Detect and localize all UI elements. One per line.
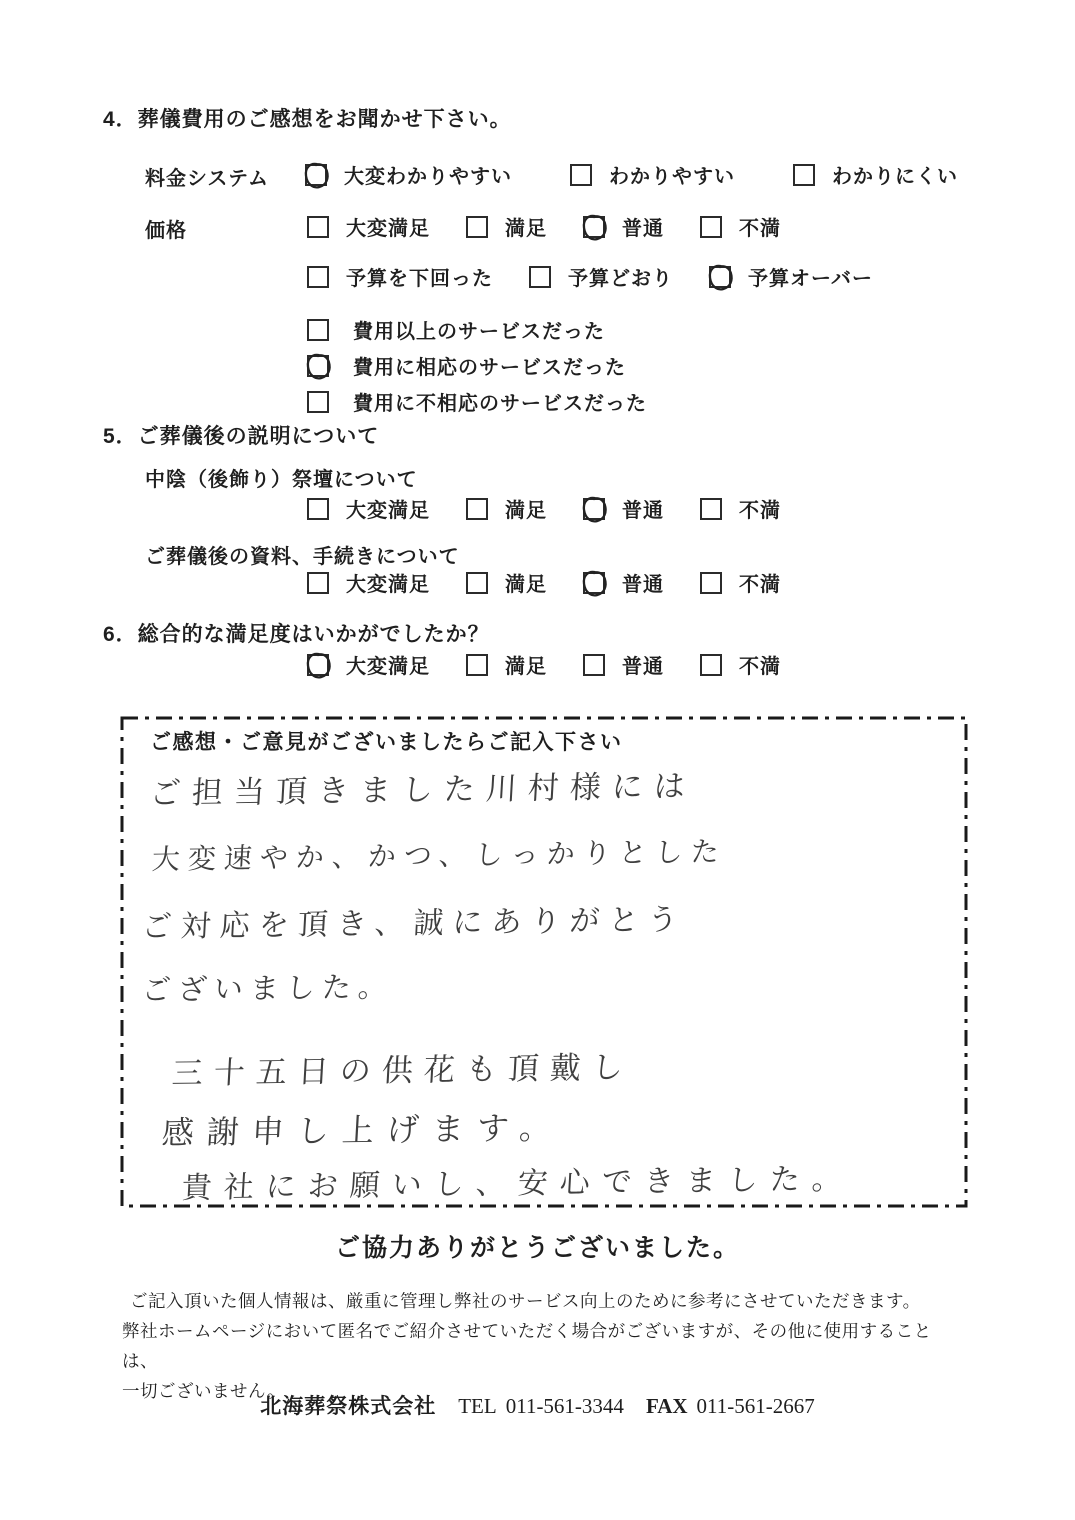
option-wakarinikui: わかりにくい — [793, 160, 958, 189]
handwritten-line: 三十五日の供花も頂戴し — [171, 1042, 635, 1093]
checkbox[interactable] — [700, 572, 722, 594]
checkbox[interactable] — [466, 572, 488, 594]
question4-title: 4．葬儀費用のご感想をお聞かせ下さい。 — [103, 103, 512, 133]
handwritten-circle-mark — [580, 212, 610, 244]
checkbox[interactable] — [583, 654, 605, 676]
company-name: 北海葬祭株式会社 — [260, 1390, 436, 1420]
checkbox[interactable] — [529, 266, 551, 288]
handwritten-circle-mark — [302, 160, 332, 192]
option-label: 費用に相応のサービスだった — [353, 351, 626, 380]
option-futsuu: 普通 — [583, 568, 664, 597]
handwritten-circle-mark — [304, 351, 334, 383]
option-label: 満足 — [505, 650, 547, 679]
option-label: 大変わかりやすい — [344, 160, 512, 189]
option-label: 満足 — [505, 494, 547, 523]
option-service-souou: 費用に相応のサービスだった — [307, 351, 647, 380]
option-label: 大変満足 — [346, 568, 430, 597]
option-yosan-shitamawatta: 予算を下回った — [307, 262, 493, 291]
option-label: 不満 — [739, 494, 781, 523]
price-label: 価格 — [145, 214, 187, 243]
option-label: 不満 — [739, 650, 781, 679]
option-label: 予算どおり — [568, 262, 673, 291]
option-futsuu: 普通 — [583, 212, 664, 241]
footer-contact: 北海葬祭株式会社 TEL 011-561-3344 FAX 011-561-26… — [0, 1390, 1075, 1420]
checkbox[interactable] — [700, 498, 722, 520]
checkbox[interactable] — [307, 572, 329, 594]
handwritten-circle-mark — [580, 494, 610, 526]
thank-you-line: ご協力ありがとうございました。 — [0, 1228, 1075, 1264]
fax-number: 011-561-2667 — [697, 1394, 815, 1419]
checkbox[interactable] — [793, 164, 815, 186]
checkbox[interactable] — [307, 216, 329, 238]
privacy-note: ご記入頂いた個人情報は、厳重に管理し弊社のサービス向上のために参考にさせていただ… — [122, 1286, 962, 1406]
option-label: 大変満足 — [346, 212, 430, 241]
option-label: わかりにくい — [832, 160, 958, 189]
option-fuman: 不満 — [700, 650, 781, 679]
option-label: 普通 — [622, 568, 664, 597]
option-daihen-manzoku: 大変満足 — [307, 494, 430, 523]
question5-title: 5．ご葬儀後の説明について — [103, 420, 379, 450]
docs-options: 大変満足 満足 普通 不満 — [307, 568, 817, 597]
checkbox[interactable] — [307, 355, 329, 377]
option-label: 大変満足 — [346, 650, 430, 679]
option-label: 満足 — [505, 212, 547, 241]
checkbox[interactable] — [583, 216, 605, 238]
checkbox[interactable] — [307, 319, 329, 341]
option-label: 予算を下回った — [346, 262, 493, 291]
tel-group: TEL 011-561-3344 — [458, 1394, 624, 1419]
checkbox[interactable] — [583, 572, 605, 594]
docs-label: ご葬儀後の資料、手続きについて — [145, 540, 460, 569]
option-label: 不満 — [739, 212, 781, 241]
comment-box-header: ご感想・ご意見がございましたらご記入下さい — [150, 726, 623, 756]
service-value-options: 費用以上のサービスだった 費用に相応のサービスだった 費用に不相応のサービスだっ… — [307, 315, 647, 423]
handwritten-line: ご対応を頂き、誠にありがとう — [141, 894, 688, 946]
scanned-survey-page: 4．葬儀費用のご感想をお聞かせ下さい。 料金システム 大変わかりやすい わかりや… — [0, 0, 1075, 1520]
checkbox[interactable] — [307, 391, 329, 413]
checkbox[interactable] — [307, 498, 329, 520]
option-daihen-manzoku: 大変満足 — [307, 650, 430, 679]
option-manzoku: 満足 — [466, 650, 547, 679]
checkbox[interactable] — [466, 216, 488, 238]
handwritten-line: 感謝申し上げます。 — [161, 1102, 566, 1154]
option-futsuu: 普通 — [583, 650, 664, 679]
option-service-fusouou: 費用に不相応のサービスだった — [307, 387, 647, 416]
fax-group: FAX 011-561-2667 — [646, 1394, 815, 1419]
handwritten-line: ございました。 — [141, 964, 395, 1009]
fee-system-label: 料金システム — [145, 162, 269, 191]
option-label: 費用以上のサービスだった — [353, 315, 605, 344]
price-options: 大変満足 満足 普通 不満 — [307, 212, 817, 241]
option-label: 満足 — [505, 568, 547, 597]
option-manzoku: 満足 — [466, 568, 547, 597]
option-yosan-doori: 予算どおり — [529, 262, 673, 291]
option-label: 不満 — [739, 568, 781, 597]
privacy-line: 弊社ホームページにおいて匿名でご紹介させていただく場合がございますが、その他に使… — [122, 1316, 962, 1376]
tel-label: TEL — [458, 1394, 496, 1419]
checkbox[interactable] — [570, 164, 592, 186]
option-label: 大変満足 — [346, 494, 430, 523]
option-fuman: 不満 — [700, 494, 781, 523]
checkbox[interactable] — [583, 498, 605, 520]
option-label: 普通 — [622, 212, 664, 241]
fax-label: FAX — [646, 1394, 688, 1419]
option-manzoku: 満足 — [466, 212, 547, 241]
checkbox[interactable] — [700, 216, 722, 238]
option-manzoku: 満足 — [466, 494, 547, 523]
checkbox[interactable] — [466, 654, 488, 676]
option-yosan-over: 予算オーバー — [709, 262, 873, 291]
budget-options: 予算を下回った 予算どおり 予算オーバー — [307, 262, 909, 291]
option-label: 費用に不相応のサービスだった — [353, 387, 647, 416]
checkbox[interactable] — [700, 654, 722, 676]
handwritten-line: 大変速やか、かつ、しっかりとした — [151, 830, 728, 878]
option-fuman: 不満 — [700, 568, 781, 597]
handwritten-circle-mark — [580, 568, 610, 600]
option-label: わかりやすい — [609, 160, 735, 189]
handwritten-line: 貴社にお願いし、安心できました。 — [181, 1154, 855, 1207]
altar-options: 大変満足 満足 普通 不満 — [307, 494, 817, 523]
option-daihen-manzoku: 大変満足 — [307, 568, 430, 597]
handwritten-circle-mark — [304, 650, 334, 682]
option-label: 予算オーバー — [748, 262, 873, 291]
altar-label: 中陰（後飾り）祭壇について — [145, 463, 418, 492]
option-wakariyasui: わかりやすい — [570, 160, 735, 189]
question6-title: 6．総合的な満足度はいかがでしたか？ — [103, 618, 490, 648]
tel-number: 011-561-3344 — [506, 1394, 624, 1419]
option-daihen-manzoku: 大変満足 — [307, 212, 430, 241]
overall-options: 大変満足 満足 普通 不満 — [307, 650, 817, 679]
option-service-ijou: 費用以上のサービスだった — [307, 315, 647, 344]
checkbox[interactable] — [709, 266, 731, 288]
option-label: 普通 — [622, 650, 664, 679]
privacy-line: ご記入頂いた個人情報は、厳重に管理し弊社のサービス向上のために参考にさせていただ… — [122, 1286, 962, 1316]
option-fuman: 不満 — [700, 212, 781, 241]
fee-system-options: 大変わかりやすい わかりやすい わかりにくい — [305, 160, 1016, 189]
handwritten-line: ご担当頂きました川村様には — [149, 760, 697, 813]
option-futsuu: 普通 — [583, 494, 664, 523]
checkbox[interactable] — [307, 654, 329, 676]
checkbox[interactable] — [307, 266, 329, 288]
checkbox[interactable] — [305, 164, 327, 186]
checkbox[interactable] — [466, 498, 488, 520]
option-label: 普通 — [622, 494, 664, 523]
option-daihen-wakariyasui: 大変わかりやすい — [305, 160, 512, 189]
handwritten-circle-mark — [706, 262, 736, 294]
